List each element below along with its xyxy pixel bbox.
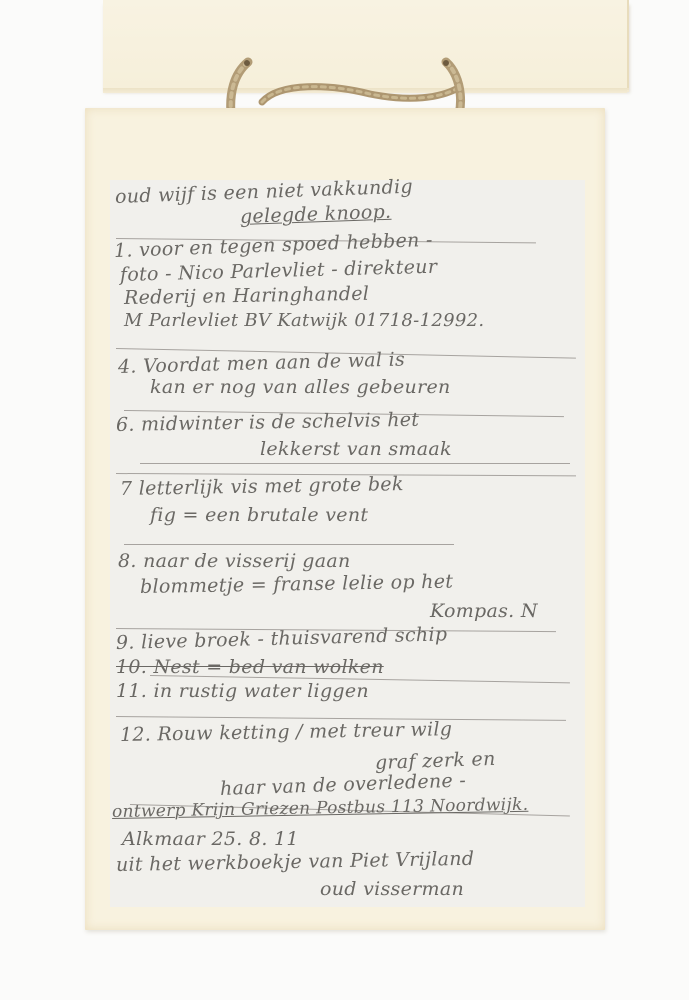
handwritten-photo: oud wijf is een niet vakkundig gelegde k…: [110, 180, 585, 907]
credit-line-3: uit het werkboekje van Piet Vrijland: [116, 848, 475, 876]
note-card: oud wijf is een niet vakkundig gelegde k…: [85, 108, 605, 930]
intro-line-2: gelegde knoop.: [240, 201, 392, 228]
previous-pages-block: [103, 0, 629, 88]
credit-line-2: Alkmaar 25. 8. 11: [122, 828, 299, 850]
item-12-line-3: haar van de overledene -: [220, 769, 467, 800]
item-7-line-2: fig = een brutale vent: [150, 504, 368, 526]
item-8-line-3: Kompas. N: [430, 600, 538, 622]
item-8-line-2: blommetje = franse lelie op het: [140, 571, 454, 598]
credit-line-4: oud visserman: [320, 878, 464, 900]
item-1-line-2: foto - Nico Parlevliet - direkteur: [120, 256, 438, 286]
item-11: 11. in rustig water liggen: [116, 680, 369, 702]
page-edges: [103, 88, 627, 93]
divider: [140, 463, 570, 464]
item-8-line-1: 8. naar de visserij gaan: [118, 550, 351, 572]
item-4-line-1: 4. Voordat men aan de wal is: [118, 348, 406, 378]
item-1-line-3: Rederij en Haringhandel: [124, 283, 370, 309]
item-1-line-4: M Parlevliet BV Katwijk 01718-12992.: [124, 310, 484, 331]
item-6-line-2: lekkerst van smaak: [260, 438, 452, 460]
item-4-line-2: kan er nog van alles gebeuren: [150, 376, 451, 398]
item-12-line-1: 12. Rouw ketting / met treur wilg: [120, 718, 453, 746]
divider: [124, 544, 454, 545]
item-6-line-1: 6. midwinter is de schelvis het: [116, 409, 420, 436]
item-7-line-1: 7 letterlijk vis met grote bek: [120, 473, 404, 500]
credit-line-1: ontwerp Krijn Griezen Postbus 113 Noordw…: [112, 795, 529, 822]
